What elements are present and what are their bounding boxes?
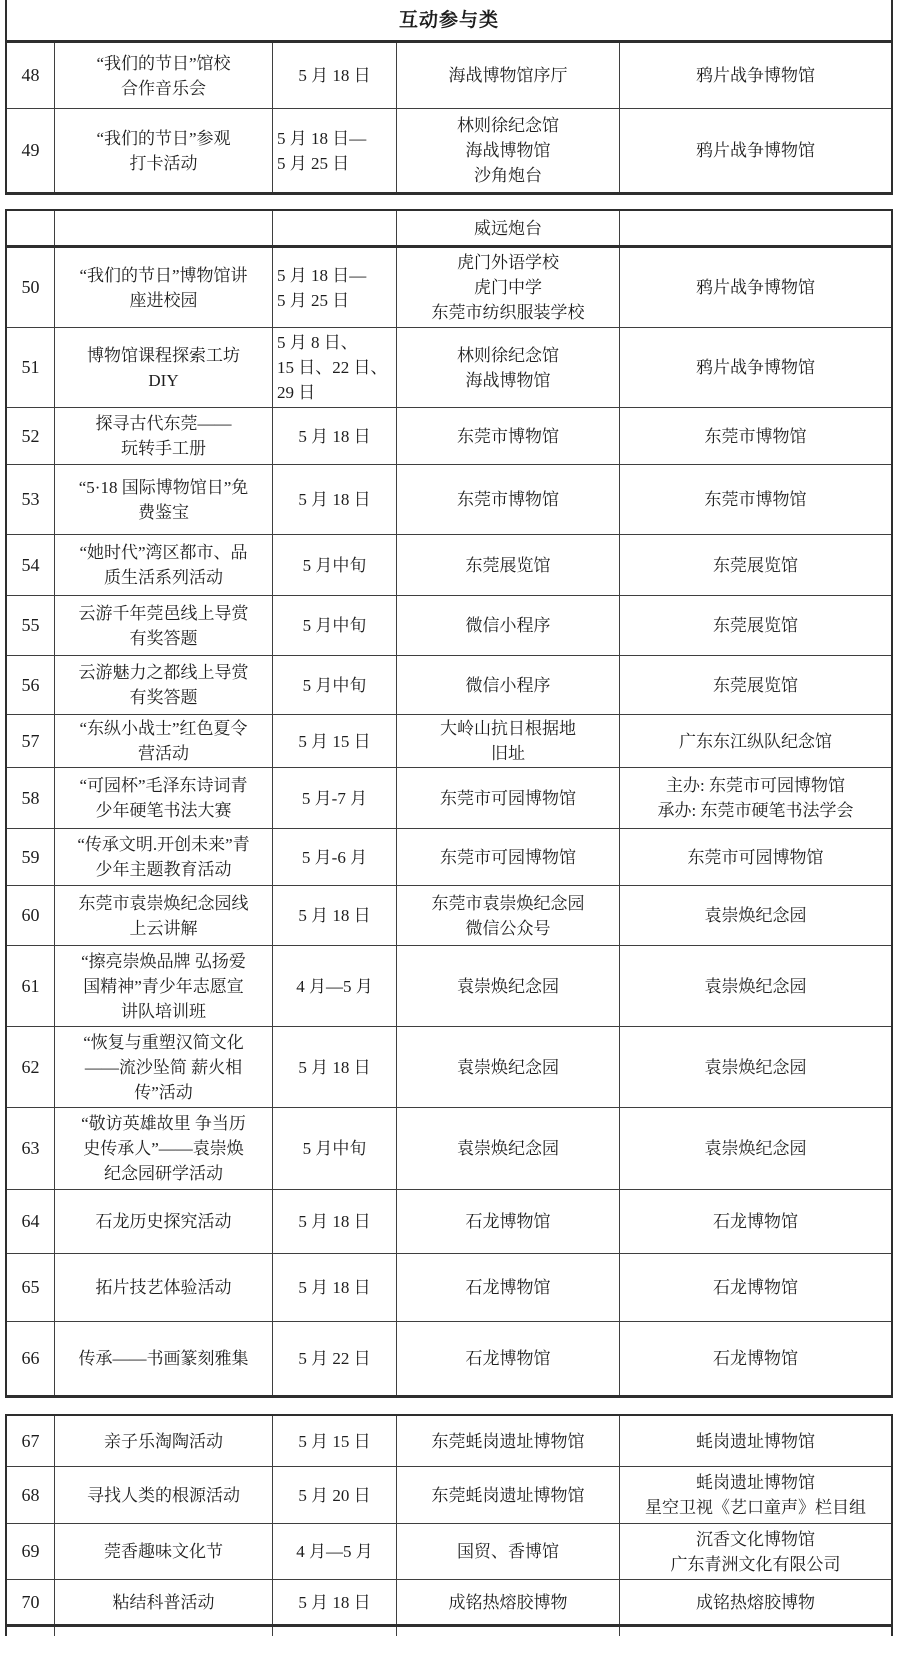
cell-activity: “传承文明.开创未来”青 少年主题教育活动 bbox=[55, 829, 273, 885]
cell-location: 微信小程序 bbox=[397, 596, 620, 655]
cell-number: 64 bbox=[7, 1190, 55, 1253]
cell-date: 5 月 18 日 bbox=[273, 43, 397, 108]
cell-number: 70 bbox=[7, 1580, 55, 1624]
cell-date: 5 月 15 日 bbox=[273, 715, 397, 767]
cell-activity: 石龙历史探究活动 bbox=[55, 1190, 273, 1253]
cell-number: 52 bbox=[7, 408, 55, 464]
cell-location: 石龙博物馆 bbox=[397, 1254, 620, 1321]
cell-organizer: 蚝岗遗址博物馆 bbox=[620, 1416, 891, 1466]
table-row: 60 东莞市袁崇焕纪念园线 上云讲解 5 月 18 日 东莞市袁崇焕纪念园 微信… bbox=[7, 885, 891, 945]
cell-date: 5 月中旬 bbox=[273, 535, 397, 595]
table-row: 51 博物馆课程探索工坊 DIY 5 月 8 日、 15 日、22 日、 29 … bbox=[7, 327, 891, 407]
cell-date: 5 月 18 日 bbox=[273, 465, 397, 534]
cell-number: 56 bbox=[7, 656, 55, 714]
table-row: 63 “敬访英雄故里 争当历 史传承人”——袁崇焕 纪念园研学活动 5 月中旬 … bbox=[7, 1107, 891, 1189]
table-row: 67 亲子乐淘陶活动 5 月 15 日 东莞蚝岗遗址博物馆 蚝岗遗址博物馆 bbox=[7, 1416, 891, 1466]
table-blocks-container: 互动参与类 48 “我们的节日”馆校 合作音乐会 5 月 18 日 海战博物馆序… bbox=[0, 0, 900, 1636]
cell-activity: 粘结科普活动 bbox=[55, 1580, 273, 1624]
table-row: 70 粘结科普活动 5 月 18 日 成铭热熔胶博物 成铭热熔胶博物 bbox=[7, 1579, 891, 1624]
cell-number: 68 bbox=[7, 1467, 55, 1523]
cell-date: 5 月 18 日 bbox=[273, 1027, 397, 1107]
cell-number: 51 bbox=[7, 328, 55, 407]
table-row: 55 云游千年莞邑线上导赏 有奖答题 5 月中旬 微信小程序 东莞展览馆 bbox=[7, 595, 891, 655]
cell-number: 49 bbox=[7, 109, 55, 192]
cell-activity: 探寻古代东莞—— 玩转手工册 bbox=[55, 408, 273, 464]
cell-location: 海战博物馆序厅 bbox=[397, 43, 620, 108]
block-gap bbox=[0, 1398, 900, 1414]
table-row: 66 传承——书画篆刻雅集 5 月 22 日 石龙博物馆 石龙博物馆 bbox=[7, 1321, 891, 1395]
cell-organizer: 东莞展览馆 bbox=[620, 535, 891, 595]
cell-number: 60 bbox=[7, 886, 55, 945]
table-row: 65 拓片技艺体验活动 5 月 18 日 石龙博物馆 石龙博物馆 bbox=[7, 1253, 891, 1321]
cell-date: 5 月-6 月 bbox=[273, 829, 397, 885]
cell-location: 石龙博物馆 bbox=[397, 1322, 620, 1395]
cell-location: 微信小程序 bbox=[397, 656, 620, 714]
table-row: 62 “恢复与重塑汉简文化 ——流沙坠简 薪火相 传”活动 5 月 18 日 袁… bbox=[7, 1026, 891, 1107]
cell-organizer: 沉香文化博物馆 广东青洲文化有限公司 bbox=[620, 1524, 891, 1579]
cell-date: 5 月中旬 bbox=[273, 656, 397, 714]
table-row: 61 “擦亮崇焕品牌 弘扬爱 国精神”青少年志愿宣 讲队培训班 4 月—5 月 … bbox=[7, 945, 891, 1026]
cell-date: 5 月 20 日 bbox=[273, 1467, 397, 1523]
cell-number: 63 bbox=[7, 1108, 55, 1189]
cell-activity: “我们的节日”参观 打卡活动 bbox=[55, 109, 273, 192]
cell-number: 48 bbox=[7, 43, 55, 108]
cell-location: 东莞市博物馆 bbox=[397, 465, 620, 534]
cell-location: 石龙博物馆 bbox=[397, 1190, 620, 1253]
cell-location: 东莞市袁崇焕纪念园 微信公众号 bbox=[397, 886, 620, 945]
cell-location: 林则徐纪念馆 海战博物馆 bbox=[397, 328, 620, 407]
table-row: 59 “传承文明.开创未来”青 少年主题教育活动 5 月-6 月 东莞市可园博物… bbox=[7, 828, 891, 885]
cell-location: 东莞市博物馆 bbox=[397, 408, 620, 464]
cell-activity: “敬访英雄故里 争当历 史传承人”——袁崇焕 纪念园研学活动 bbox=[55, 1108, 273, 1189]
cell-organizer: 东莞展览馆 bbox=[620, 596, 891, 655]
cell-activity: 亲子乐淘陶活动 bbox=[55, 1416, 273, 1466]
table-block: 威远炮台 50 “我们的节日”博物馆讲 座进校园 5 月 18 日— 5 月 2… bbox=[5, 209, 893, 1398]
cell-organizer: 东莞市博物馆 bbox=[620, 465, 891, 534]
cell-organizer: 东莞市博物馆 bbox=[620, 408, 891, 464]
table-row: 威远炮台 bbox=[7, 211, 891, 245]
cell-location: 东莞市可园博物馆 bbox=[397, 768, 620, 828]
cell-activity: “东纵小战士”红色夏令 营活动 bbox=[55, 715, 273, 767]
table-row: 52 探寻古代东莞—— 玩转手工册 5 月 18 日 东莞市博物馆 东莞市博物馆 bbox=[7, 407, 891, 464]
cell-location: 袁崇焕纪念园 bbox=[397, 1108, 620, 1189]
table-row: 48 “我们的节日”馆校 合作音乐会 5 月 18 日 海战博物馆序厅 鸦片战争… bbox=[7, 40, 891, 108]
cell-number: 65 bbox=[7, 1254, 55, 1321]
cell-date: 5 月 18 日 bbox=[273, 886, 397, 945]
table-row: 68 寻找人类的根源活动 5 月 20 日 东莞蚝岗遗址博物馆 蚝岗遗址博物馆 … bbox=[7, 1466, 891, 1523]
category-header: 互动参与类 bbox=[7, 0, 891, 40]
cell-organizer: 东莞市可园博物馆 bbox=[620, 829, 891, 885]
cell-activity: “可园杯”毛泽东诗词青 少年硬笔书法大赛 bbox=[55, 768, 273, 828]
cell-activity: 莞香趣味文化节 bbox=[55, 1524, 273, 1579]
table-block: 67 亲子乐淘陶活动 5 月 15 日 东莞蚝岗遗址博物馆 蚝岗遗址博物馆 68… bbox=[5, 1414, 893, 1636]
cell-number: 59 bbox=[7, 829, 55, 885]
cell-organizer: 石龙博物馆 bbox=[620, 1254, 891, 1321]
cell-date: 5 月 18 日— 5 月 25 日 bbox=[273, 109, 397, 192]
cell-number: 69 bbox=[7, 1524, 55, 1579]
cell-date: 5 月中旬 bbox=[273, 1108, 397, 1189]
cell-organizer: 袁崇焕纪念园 bbox=[620, 886, 891, 945]
cell-activity: 东莞市袁崇焕纪念园线 上云讲解 bbox=[55, 886, 273, 945]
cell-number: 50 bbox=[7, 248, 55, 327]
cell-activity bbox=[55, 211, 273, 245]
table-row: 69 莞香趣味文化节 4 月—5 月 国贸、香博馆 沉香文化博物馆 广东青洲文化… bbox=[7, 1523, 891, 1579]
cell-location: 威远炮台 bbox=[397, 211, 620, 245]
cell-date bbox=[273, 211, 397, 245]
cell-organizer: 鸦片战争博物馆 bbox=[620, 43, 891, 108]
cell-activity: 云游魅力之都线上导赏 有奖答题 bbox=[55, 656, 273, 714]
cell-date bbox=[273, 1627, 397, 1636]
cell-number: 62 bbox=[7, 1027, 55, 1107]
cell-location: 袁崇焕纪念园 bbox=[397, 946, 620, 1026]
cell-location: 成铭热熔胶博物 bbox=[397, 1580, 620, 1624]
table-row: 64 石龙历史探究活动 5 月 18 日 石龙博物馆 石龙博物馆 bbox=[7, 1189, 891, 1253]
cell-organizer: 鸦片战争博物馆 bbox=[620, 109, 891, 192]
cell-location: 东莞蚝岗遗址博物馆 bbox=[397, 1416, 620, 1466]
cell-number: 66 bbox=[7, 1322, 55, 1395]
cell-location: 袁崇焕纪念园 bbox=[397, 1027, 620, 1107]
table-row: 50 “我们的节日”博物馆讲 座进校园 5 月 18 日— 5 月 25 日 虎… bbox=[7, 245, 891, 327]
cell-date: 5 月 8 日、 15 日、22 日、 29 日 bbox=[273, 328, 397, 407]
cell-activity: “擦亮崇焕品牌 弘扬爱 国精神”青少年志愿宣 讲队培训班 bbox=[55, 946, 273, 1026]
table-row bbox=[7, 1624, 891, 1636]
cell-organizer: 东莞展览馆 bbox=[620, 656, 891, 714]
cell-organizer: 袁崇焕纪念园 bbox=[620, 946, 891, 1026]
cell-organizer: 主办: 东莞市可园博物馆 承办: 东莞市硬笔书法学会 bbox=[620, 768, 891, 828]
table-row: 57 “东纵小战士”红色夏令 营活动 5 月 15 日 大岭山抗日根据地 旧址 … bbox=[7, 714, 891, 767]
cell-location: 东莞市可园博物馆 bbox=[397, 829, 620, 885]
table-row: 53 “5·18 国际博物馆日”免 费鉴宝 5 月 18 日 东莞市博物馆 东莞… bbox=[7, 464, 891, 534]
table-block: 互动参与类 48 “我们的节日”馆校 合作音乐会 5 月 18 日 海战博物馆序… bbox=[5, 0, 893, 195]
cell-date: 5 月 22 日 bbox=[273, 1322, 397, 1395]
museum-activity-table-page: 互动参与类 48 “我们的节日”馆校 合作音乐会 5 月 18 日 海战博物馆序… bbox=[0, 0, 900, 1663]
cell-location: 虎门外语学校 虎门中学 东莞市纺织服装学校 bbox=[397, 248, 620, 327]
cell-date: 4 月—5 月 bbox=[273, 1524, 397, 1579]
table-row: 49 “我们的节日”参观 打卡活动 5 月 18 日— 5 月 25 日 林则徐… bbox=[7, 108, 891, 192]
block-gap bbox=[0, 195, 900, 209]
cell-date: 5 月 15 日 bbox=[273, 1416, 397, 1466]
cell-date: 5 月-7 月 bbox=[273, 768, 397, 828]
cell-date: 5 月 18 日— 5 月 25 日 bbox=[273, 248, 397, 327]
cell-activity: “她时代”湾区都市、品 质生活系列活动 bbox=[55, 535, 273, 595]
cell-activity: 传承——书画篆刻雅集 bbox=[55, 1322, 273, 1395]
cell-date: 5 月 18 日 bbox=[273, 1254, 397, 1321]
cell-organizer: 袁崇焕纪念园 bbox=[620, 1027, 891, 1107]
cell-date: 5 月 18 日 bbox=[273, 1580, 397, 1624]
cell-organizer: 石龙博物馆 bbox=[620, 1190, 891, 1253]
cell-organizer: 成铭热熔胶博物 bbox=[620, 1580, 891, 1624]
cell-number bbox=[7, 1627, 55, 1636]
category-header-row: 互动参与类 bbox=[7, 0, 891, 40]
cell-location bbox=[397, 1627, 620, 1636]
cell-organizer: 鸦片战争博物馆 bbox=[620, 328, 891, 407]
cell-number: 57 bbox=[7, 715, 55, 767]
cell-activity: “5·18 国际博物馆日”免 费鉴宝 bbox=[55, 465, 273, 534]
cell-date: 4 月—5 月 bbox=[273, 946, 397, 1026]
cell-date: 5 月 18 日 bbox=[273, 408, 397, 464]
cell-activity: 博物馆课程探索工坊 DIY bbox=[55, 328, 273, 407]
cell-location: 东莞展览馆 bbox=[397, 535, 620, 595]
cell-activity: 拓片技艺体验活动 bbox=[55, 1254, 273, 1321]
cell-organizer: 石龙博物馆 bbox=[620, 1322, 891, 1395]
cell-activity: “我们的节日”馆校 合作音乐会 bbox=[55, 43, 273, 108]
cell-activity: 寻找人类的根源活动 bbox=[55, 1467, 273, 1523]
cell-activity: 云游千年莞邑线上导赏 有奖答题 bbox=[55, 596, 273, 655]
cell-number: 67 bbox=[7, 1416, 55, 1466]
cell-organizer: 袁崇焕纪念园 bbox=[620, 1108, 891, 1189]
cell-number: 54 bbox=[7, 535, 55, 595]
table-row: 58 “可园杯”毛泽东诗词青 少年硬笔书法大赛 5 月-7 月 东莞市可园博物馆… bbox=[7, 767, 891, 828]
cell-number: 53 bbox=[7, 465, 55, 534]
cell-number: 55 bbox=[7, 596, 55, 655]
cell-activity: “我们的节日”博物馆讲 座进校园 bbox=[55, 248, 273, 327]
cell-organizer bbox=[620, 211, 891, 245]
cell-date: 5 月 18 日 bbox=[273, 1190, 397, 1253]
table-row: 54 “她时代”湾区都市、品 质生活系列活动 5 月中旬 东莞展览馆 东莞展览馆 bbox=[7, 534, 891, 595]
cell-location: 大岭山抗日根据地 旧址 bbox=[397, 715, 620, 767]
cell-location: 林则徐纪念馆 海战博物馆 沙角炮台 bbox=[397, 109, 620, 192]
cell-organizer: 广东东江纵队纪念馆 bbox=[620, 715, 891, 767]
cell-number: 58 bbox=[7, 768, 55, 828]
cell-activity: “恢复与重塑汉简文化 ——流沙坠简 薪火相 传”活动 bbox=[55, 1027, 273, 1107]
cell-organizer: 鸦片战争博物馆 bbox=[620, 248, 891, 327]
cell-number: 61 bbox=[7, 946, 55, 1026]
cell-number bbox=[7, 211, 55, 245]
cell-activity bbox=[55, 1627, 273, 1636]
table-row: 56 云游魅力之都线上导赏 有奖答题 5 月中旬 微信小程序 东莞展览馆 bbox=[7, 655, 891, 714]
cell-location: 东莞蚝岗遗址博物馆 bbox=[397, 1467, 620, 1523]
cell-date: 5 月中旬 bbox=[273, 596, 397, 655]
cell-organizer: 蚝岗遗址博物馆 星空卫视《艺口童声》栏目组 bbox=[620, 1467, 891, 1523]
cell-organizer bbox=[620, 1627, 891, 1636]
cell-location: 国贸、香博馆 bbox=[397, 1524, 620, 1579]
